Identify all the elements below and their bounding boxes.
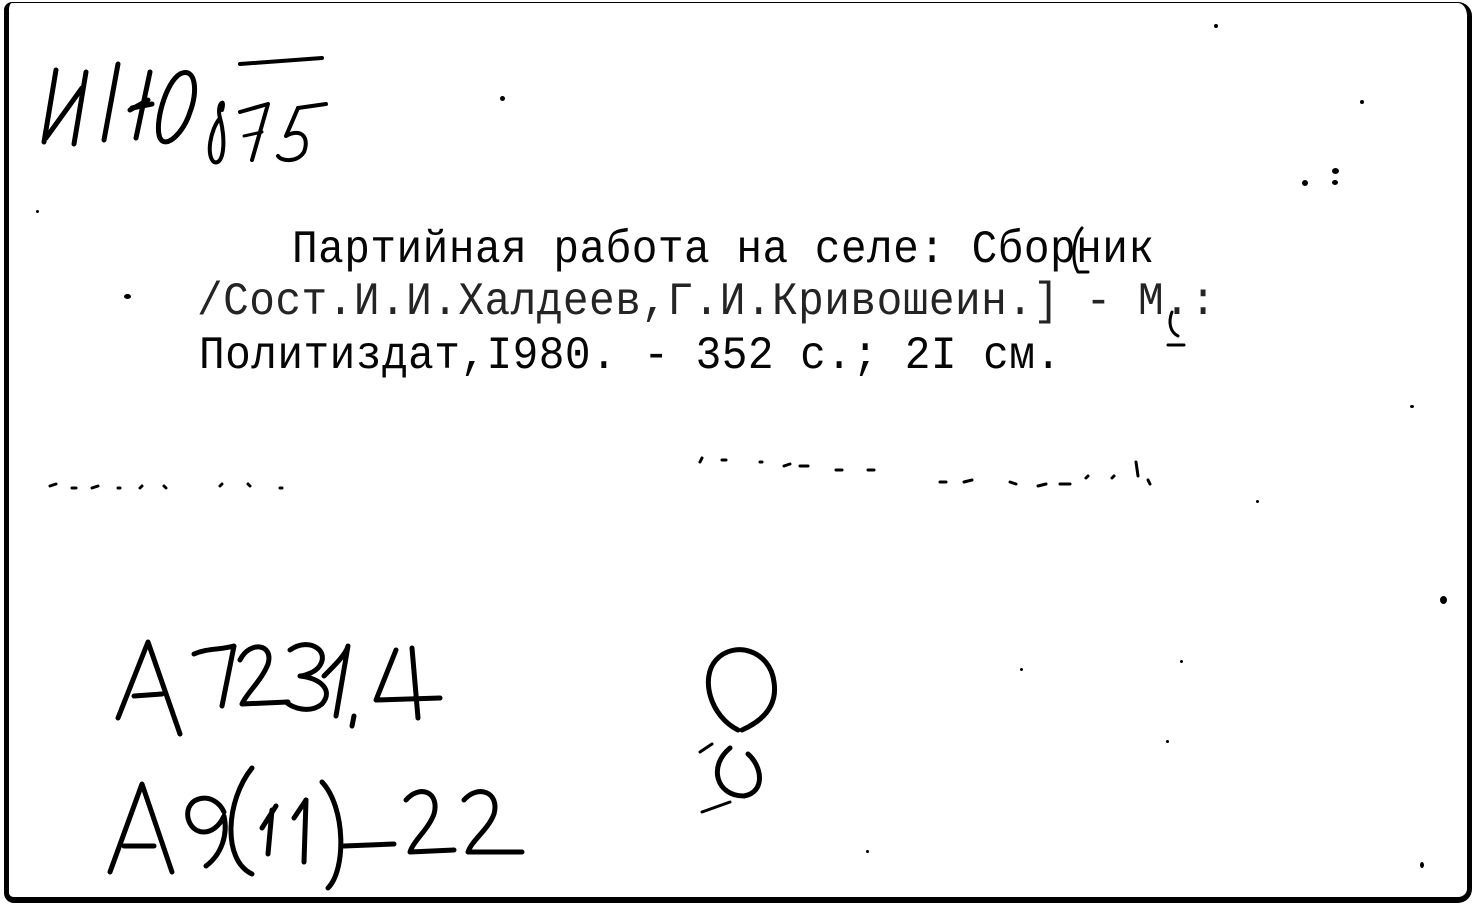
scan-speck: [500, 96, 505, 101]
catalog-card: Партийная работа на селе: Сборник /Сост.…: [4, 2, 1472, 903]
scan-speck: [1332, 168, 1339, 174]
bibliographic-line-title: Партийная работа на селе: Сборник: [292, 223, 1155, 277]
scan-speck: [1420, 862, 1424, 868]
scan-speck: [124, 294, 131, 299]
scan-speck: [1302, 180, 1308, 186]
scan-speck: [1166, 740, 1169, 743]
scan-speck: [36, 210, 39, 213]
scan-speck: [1180, 660, 1183, 663]
scan-speck: [1214, 24, 1218, 28]
bibliographic-line-compilers: /Сост.И.И.Халдеев,Г.И.Кривошеин.] - М.:: [197, 275, 1216, 329]
scan-speck: [1410, 405, 1414, 408]
scan-speck: [1020, 668, 1023, 671]
scan-speck: [1360, 100, 1364, 104]
bibliographic-line-imprint: Политиздат,I980. - 352 с.; 2I см.: [199, 329, 1062, 383]
scan-speck: [1332, 180, 1338, 185]
scan-speck: [866, 850, 869, 853]
scan-speck: [1256, 500, 1259, 503]
scan-speck: [1440, 596, 1447, 604]
